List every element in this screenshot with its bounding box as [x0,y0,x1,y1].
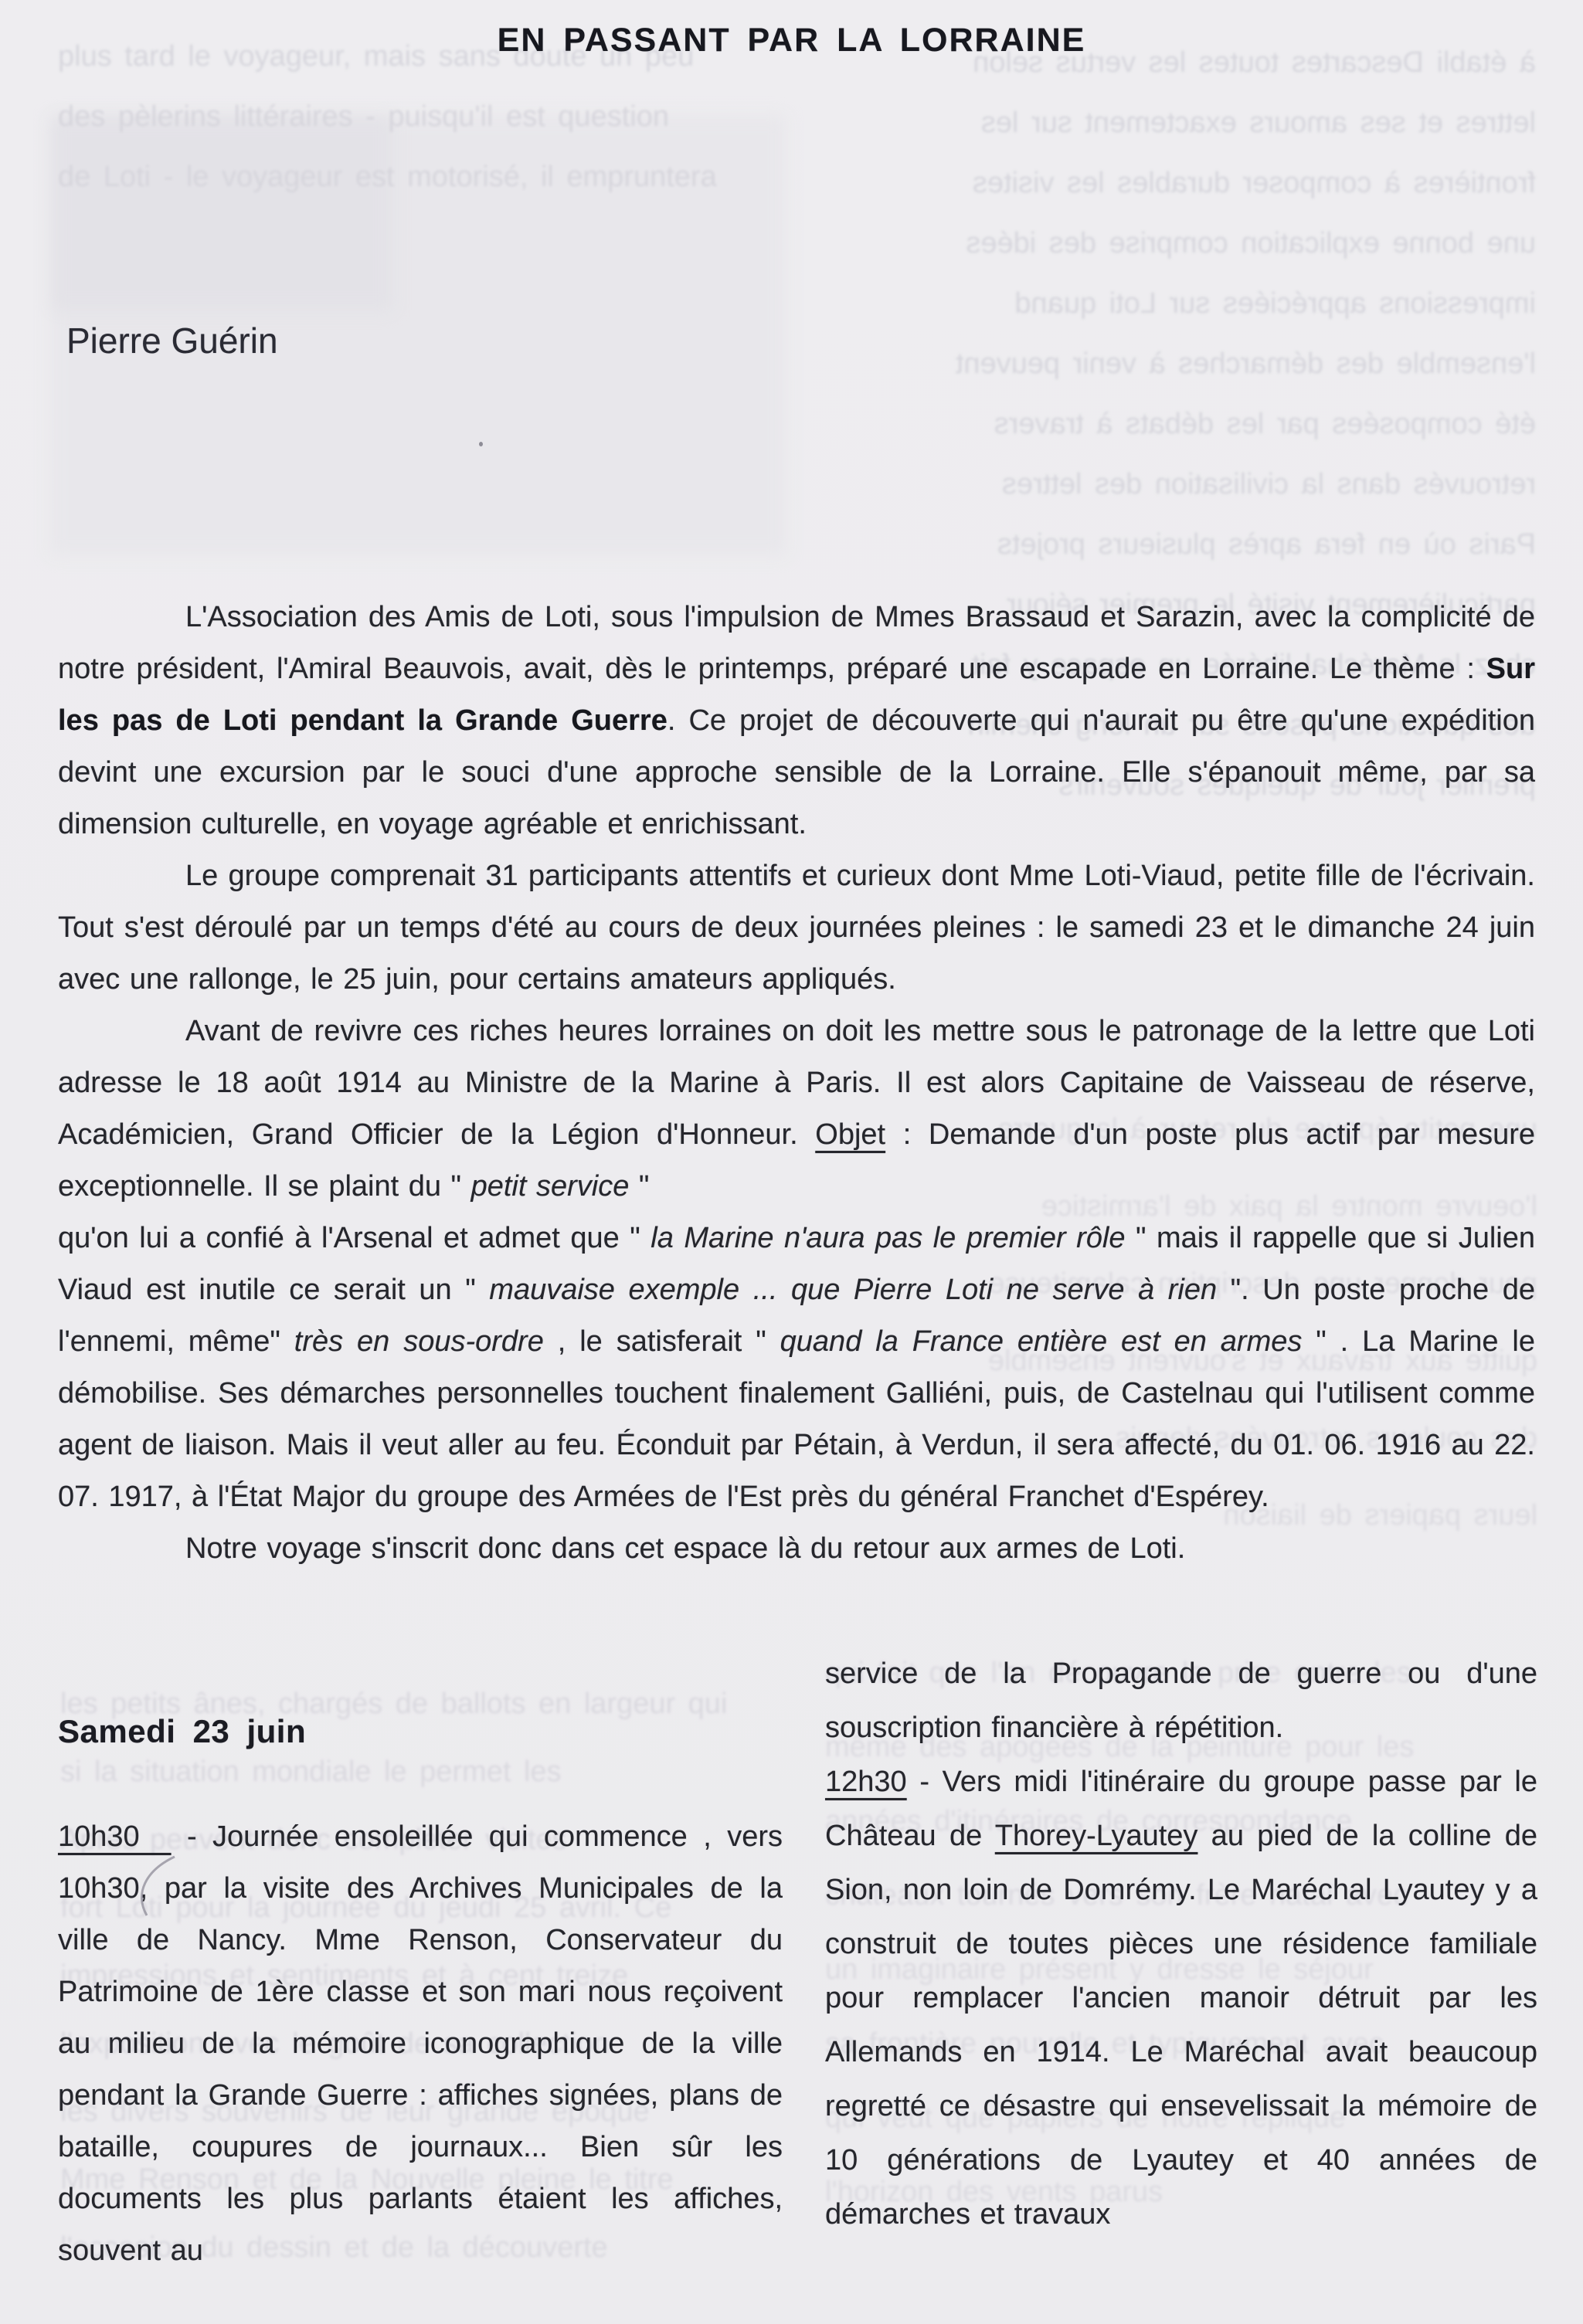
paragraph: service de la Propagande de guerre ou d'… [825,1647,1537,1755]
intro-section: L'Association des Amis de Loti, sous l'i… [58,592,1535,1575]
author-name: Pierre Guérin [66,320,278,361]
text-run: " [629,1170,649,1203]
paragraph: Le groupe comprenait 31 participants att… [58,850,1535,1006]
day-heading: Samedi 23 juin [58,1705,783,1757]
left-column: Samedi 23 juin 10h30 - Journée ensoleill… [58,1705,783,2277]
bleedthrough-line: retrouvés dans la civilisation des lettr… [825,454,1536,514]
paragraph: L'Association des Amis de Loti, sous l'i… [58,592,1535,850]
text-run: 12h30 [825,1766,907,1798]
text-run: 10h30 [58,1820,172,1853]
text-run: la Marine n'aura pas le premier rôle [651,1222,1125,1254]
bleedthrough-line: Paris où en fera après plusieurs projets [825,514,1536,575]
bleedthrough-line: une bonne explication comprise des idées [825,213,1536,273]
text-run: qu'on lui a confié à l'Arsenal et admet … [58,1222,651,1254]
paragraph: qu'on lui a confié à l'Arsenal et admet … [58,1213,1535,1523]
text-run: Notre voyage s'inscrit donc dans cet esp… [185,1532,1185,1565]
bleedthrough-line: lettres et ses amours exactement sur les [825,93,1536,153]
bleedthrough-line: l'ensemble des démarches à venir peuvent [825,334,1536,394]
text-run: très en sous-ordre [294,1325,544,1358]
text-run: mauvaise exemple ... que Pierre Loti ne … [489,1274,1217,1306]
text-run: L'Association des Amis de Loti, sous l'i… [58,601,1535,685]
paragraph: Notre voyage s'inscrit donc dans cet esp… [58,1523,1535,1575]
text-run: service de la Propagande de guerre ou d'… [825,1657,1537,1744]
article-title: EN PASSANT PAR LA LORRAINE [0,22,1583,59]
scan-shading-inner [53,117,392,310]
pen-mark [130,1854,184,1919]
bleedthrough-line: été composées par les débats à travers [825,394,1536,454]
text-run: Thorey-Lyautey [995,1820,1198,1852]
text-run: quand la France entière est en armes [780,1325,1303,1358]
text-run: au pied de la colline de Sion, non loin … [825,1820,1537,2231]
text-run: , le satisferait " [544,1325,780,1358]
bleedthrough-line: frontières à composer durables les visit… [825,153,1536,213]
ink-speck [479,442,483,446]
text-run: Objet [815,1118,885,1151]
scanned-document-page: plus tard le voyageur, mais sans doute u… [0,0,1583,2324]
paragraph: 12h30 - Vers midi l'itinéraire du groupe… [825,1755,1537,2241]
paragraph: Avant de revivre ces riches heures lorra… [58,1006,1535,1213]
text-run: petit service [471,1170,630,1203]
text-run: Le groupe comprenait 31 participants att… [58,860,1535,996]
bleedthrough-line: impressions appréciées sur Loti quand [825,273,1536,334]
right-column: service de la Propagande de guerre ou d'… [825,1647,1537,2241]
